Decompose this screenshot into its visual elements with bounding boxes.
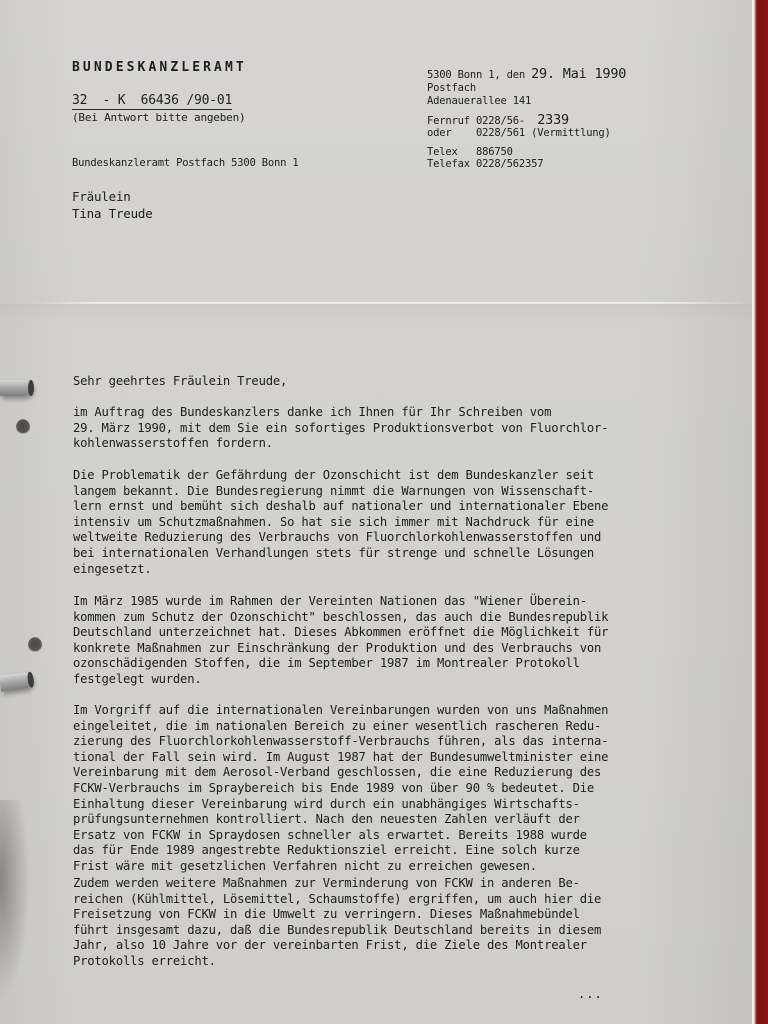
letter-paragraph: Im Vorgriff auf die internationalen Vere…	[73, 703, 608, 875]
telex-number: 886750	[476, 146, 513, 158]
letter-paragraph: Die Problematik der Gefährdung der Ozons…	[73, 468, 608, 577]
telex-label: Telex	[427, 146, 458, 158]
binder-cover-edge	[752, 0, 768, 1024]
telefax-label: Telefax	[427, 158, 470, 170]
postfach: Postfach	[427, 82, 476, 95]
telefax-line: Telefax 0228/562357	[427, 158, 543, 171]
recipient-name: Tina Treude	[72, 206, 153, 221]
street-address: Adenauerallee 141	[427, 95, 531, 108]
letter-date: 29. Mai 1990	[531, 66, 626, 82]
phone-alt-line: oder 0228/561 (Vermittlung)	[427, 127, 611, 140]
punch-hole	[16, 419, 30, 435]
place-date-line: 5300 Bonn 1, den 29. Mai 1990	[427, 68, 626, 82]
phone-label: Fernruf	[427, 115, 470, 127]
phone-alt-label: oder	[427, 127, 452, 139]
letter-paragraph: Zudem werden weitere Maßnahmen zur Vermi…	[73, 876, 601, 970]
paper-fold-line	[30, 302, 750, 304]
phone-extension: 2339	[537, 112, 569, 128]
binder-shadow	[0, 800, 30, 1000]
letter-paragraph: im Auftrag des Bundeskanzlers danke ich …	[73, 405, 608, 452]
phone-alt-number: 0228/561 (Vermittlung)	[476, 127, 611, 139]
binder-ring	[0, 380, 32, 396]
phone-prefix: 0228/56-	[476, 115, 525, 127]
letter-paragraph: Im März 1985 wurde im Rahmen der Vereint…	[73, 594, 608, 688]
paper-fold-shadow	[0, 304, 752, 324]
letter-page: BUNDESKANZLERAMT 32 - K 66436 /90-01 (Be…	[0, 0, 752, 1024]
punch-hole	[28, 637, 42, 653]
sender-address-line: Bundeskanzleramt Postfach 5300 Bonn 1	[72, 157, 299, 169]
reference-number: 32 - K 66436 /90-01	[72, 93, 232, 110]
recipient-address: Fräulein Tina Treude	[72, 188, 153, 222]
reference-note: (Bei Antwort bitte angeben)	[72, 111, 245, 124]
recipient-title: Fräulein	[72, 189, 131, 204]
letter-greeting: Sehr geehrtes Fräulein Treude,	[73, 374, 287, 390]
continuation-marker: ...	[578, 987, 603, 1001]
telefax-number: 0228/562357	[476, 158, 543, 170]
phone-line: Fernruf 0228/56- 2339	[427, 114, 569, 128]
agency-header: BUNDESKANZLERAMT	[72, 60, 247, 75]
place-prefix: 5300 Bonn 1, den	[427, 69, 531, 81]
